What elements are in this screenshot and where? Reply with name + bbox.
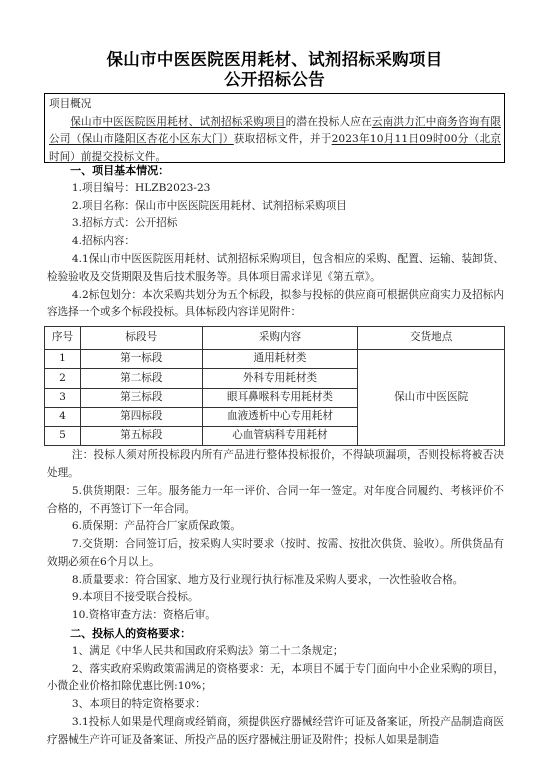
cell-content: 眼耳鼻喉科专用耗材类 bbox=[202, 388, 358, 407]
document-title-line2: 公开招标公告 bbox=[0, 70, 549, 90]
project-overview-box: 项目概况 保山市中医医院医用耗材、试剂招标采购项目的潜在投标人应在云南洪力汇中商… bbox=[44, 93, 505, 163]
lot-table-header: 序号 标段号 采购内容 交货地点 bbox=[45, 327, 505, 350]
cell-no: 2 bbox=[45, 369, 81, 388]
table-row: 1 第一标段 通用耗材类 保山市中医医院 bbox=[45, 350, 505, 369]
section1-item-9: 9.本项目不接受联合投标。 bbox=[47, 589, 504, 607]
cell-content: 血液透析中心专用耗材 bbox=[202, 407, 358, 426]
header-lot: 标段号 bbox=[80, 327, 202, 350]
overview-text1: 的潜在投标人应在 bbox=[286, 116, 372, 128]
section2-heading: 二、投标人的资格要求： bbox=[47, 625, 504, 643]
cell-content: 心血管病科专用耗材 bbox=[202, 426, 358, 445]
section1-item-1: 1.项目编号：HLZB2023-23 bbox=[47, 180, 504, 198]
header-content: 采购内容 bbox=[202, 327, 358, 350]
cell-lot: 第五标段 bbox=[80, 426, 202, 445]
cell-no: 1 bbox=[45, 350, 81, 369]
overview-paragraph: 保山市中医医院医用耗材、试剂招标采购项目的潜在投标人应在云南洪力汇中商务咨询有限… bbox=[49, 114, 501, 167]
document-body: 一、项目基本情况： 1.项目编号：HLZB2023-23 2.项目名称：保山市中… bbox=[47, 162, 504, 750]
section1-item-8: 8.质量要求：符合国家、地方及行业现行执行标准及采购人要求，一次性验收合格。 bbox=[47, 572, 504, 590]
section1-item-3: 3.招标方式：公开招标 bbox=[47, 215, 504, 233]
section2-item-3: 3、本项目的特定资格要求： bbox=[47, 696, 504, 714]
section1-item-4: 4.招标内容： bbox=[47, 233, 504, 251]
cell-lot: 第三标段 bbox=[80, 388, 202, 407]
cell-lot: 第四标段 bbox=[80, 407, 202, 426]
section2-item-3-1: 3.1投标人如果是代理商或经销商，须提供医疗器械经营许可证及备案证，所投产品制造… bbox=[47, 714, 504, 750]
cell-lot: 第二标段 bbox=[80, 369, 202, 388]
overview-text3: 前提交投标文件。 bbox=[81, 151, 166, 163]
cell-lot: 第一标段 bbox=[80, 350, 202, 369]
cell-content: 外科专用耗材类 bbox=[202, 369, 358, 388]
cell-delivery-location: 保山市中医医院 bbox=[358, 350, 505, 446]
section1-item-7: 7.交货期：合同签订后，按采购人实时要求（按时、按需、按批次供货、验收）。所供货… bbox=[47, 536, 504, 572]
section1-item-10: 10.资格审查方法：资格后审。 bbox=[47, 607, 504, 625]
cell-no: 3 bbox=[45, 388, 81, 407]
lot-table: 序号 标段号 采购内容 交货地点 1 第一标段 通用耗材类 保山市中医医院 2 … bbox=[44, 326, 505, 446]
section1-item-5: 5.供货期限：三年。服务能力一年一评价、合同一年一签定。对年度合同履约、考核评价… bbox=[47, 483, 504, 519]
section1-heading: 一、项目基本情况： bbox=[47, 162, 504, 180]
section1-item-4-1: 4.1保山市中医医院医用耗材、试剂招标采购项目，包含相应的采购、配置、运输、装卸… bbox=[47, 251, 504, 287]
overview-text2: 获取招标文件，并于 bbox=[234, 133, 332, 145]
table-note: 注：投标人须对所投标段内所有产品进行整体投标报价，不得缺项漏项，否则投标将被否决… bbox=[47, 447, 504, 483]
section1-item-4-2: 4.2标包划分：本次采购共划分为五个标段，拟参与投标的供应商可根据供应商实力及招… bbox=[47, 287, 504, 323]
overview-project-name: 保山市中医医院医用耗材、试剂招标采购项目 bbox=[70, 116, 285, 128]
section1-item-2: 2.项目名称：保山市中医医院医用耗材、试剂招标采购项目 bbox=[47, 198, 504, 216]
cell-content: 通用耗材类 bbox=[202, 350, 358, 369]
section2-item-2: 2、落实政府采购政策需满足的资格要求：无，本项目不属于专门面向中小企业采购的项目… bbox=[47, 661, 504, 697]
header-location: 交货地点 bbox=[358, 327, 505, 350]
cell-no: 4 bbox=[45, 407, 81, 426]
header-no: 序号 bbox=[45, 327, 81, 350]
section2-item-1: 1、满足《中华人民共和国政府采购法》第二十二条规定； bbox=[47, 643, 504, 661]
overview-label: 项目概况 bbox=[49, 96, 501, 114]
cell-no: 5 bbox=[45, 426, 81, 445]
section1-item-6: 6.质保期：产品符合厂家质保政策。 bbox=[47, 518, 504, 536]
document-title-line1: 保山市中医医院医用耗材、试剂招标采购项目 bbox=[0, 50, 549, 70]
